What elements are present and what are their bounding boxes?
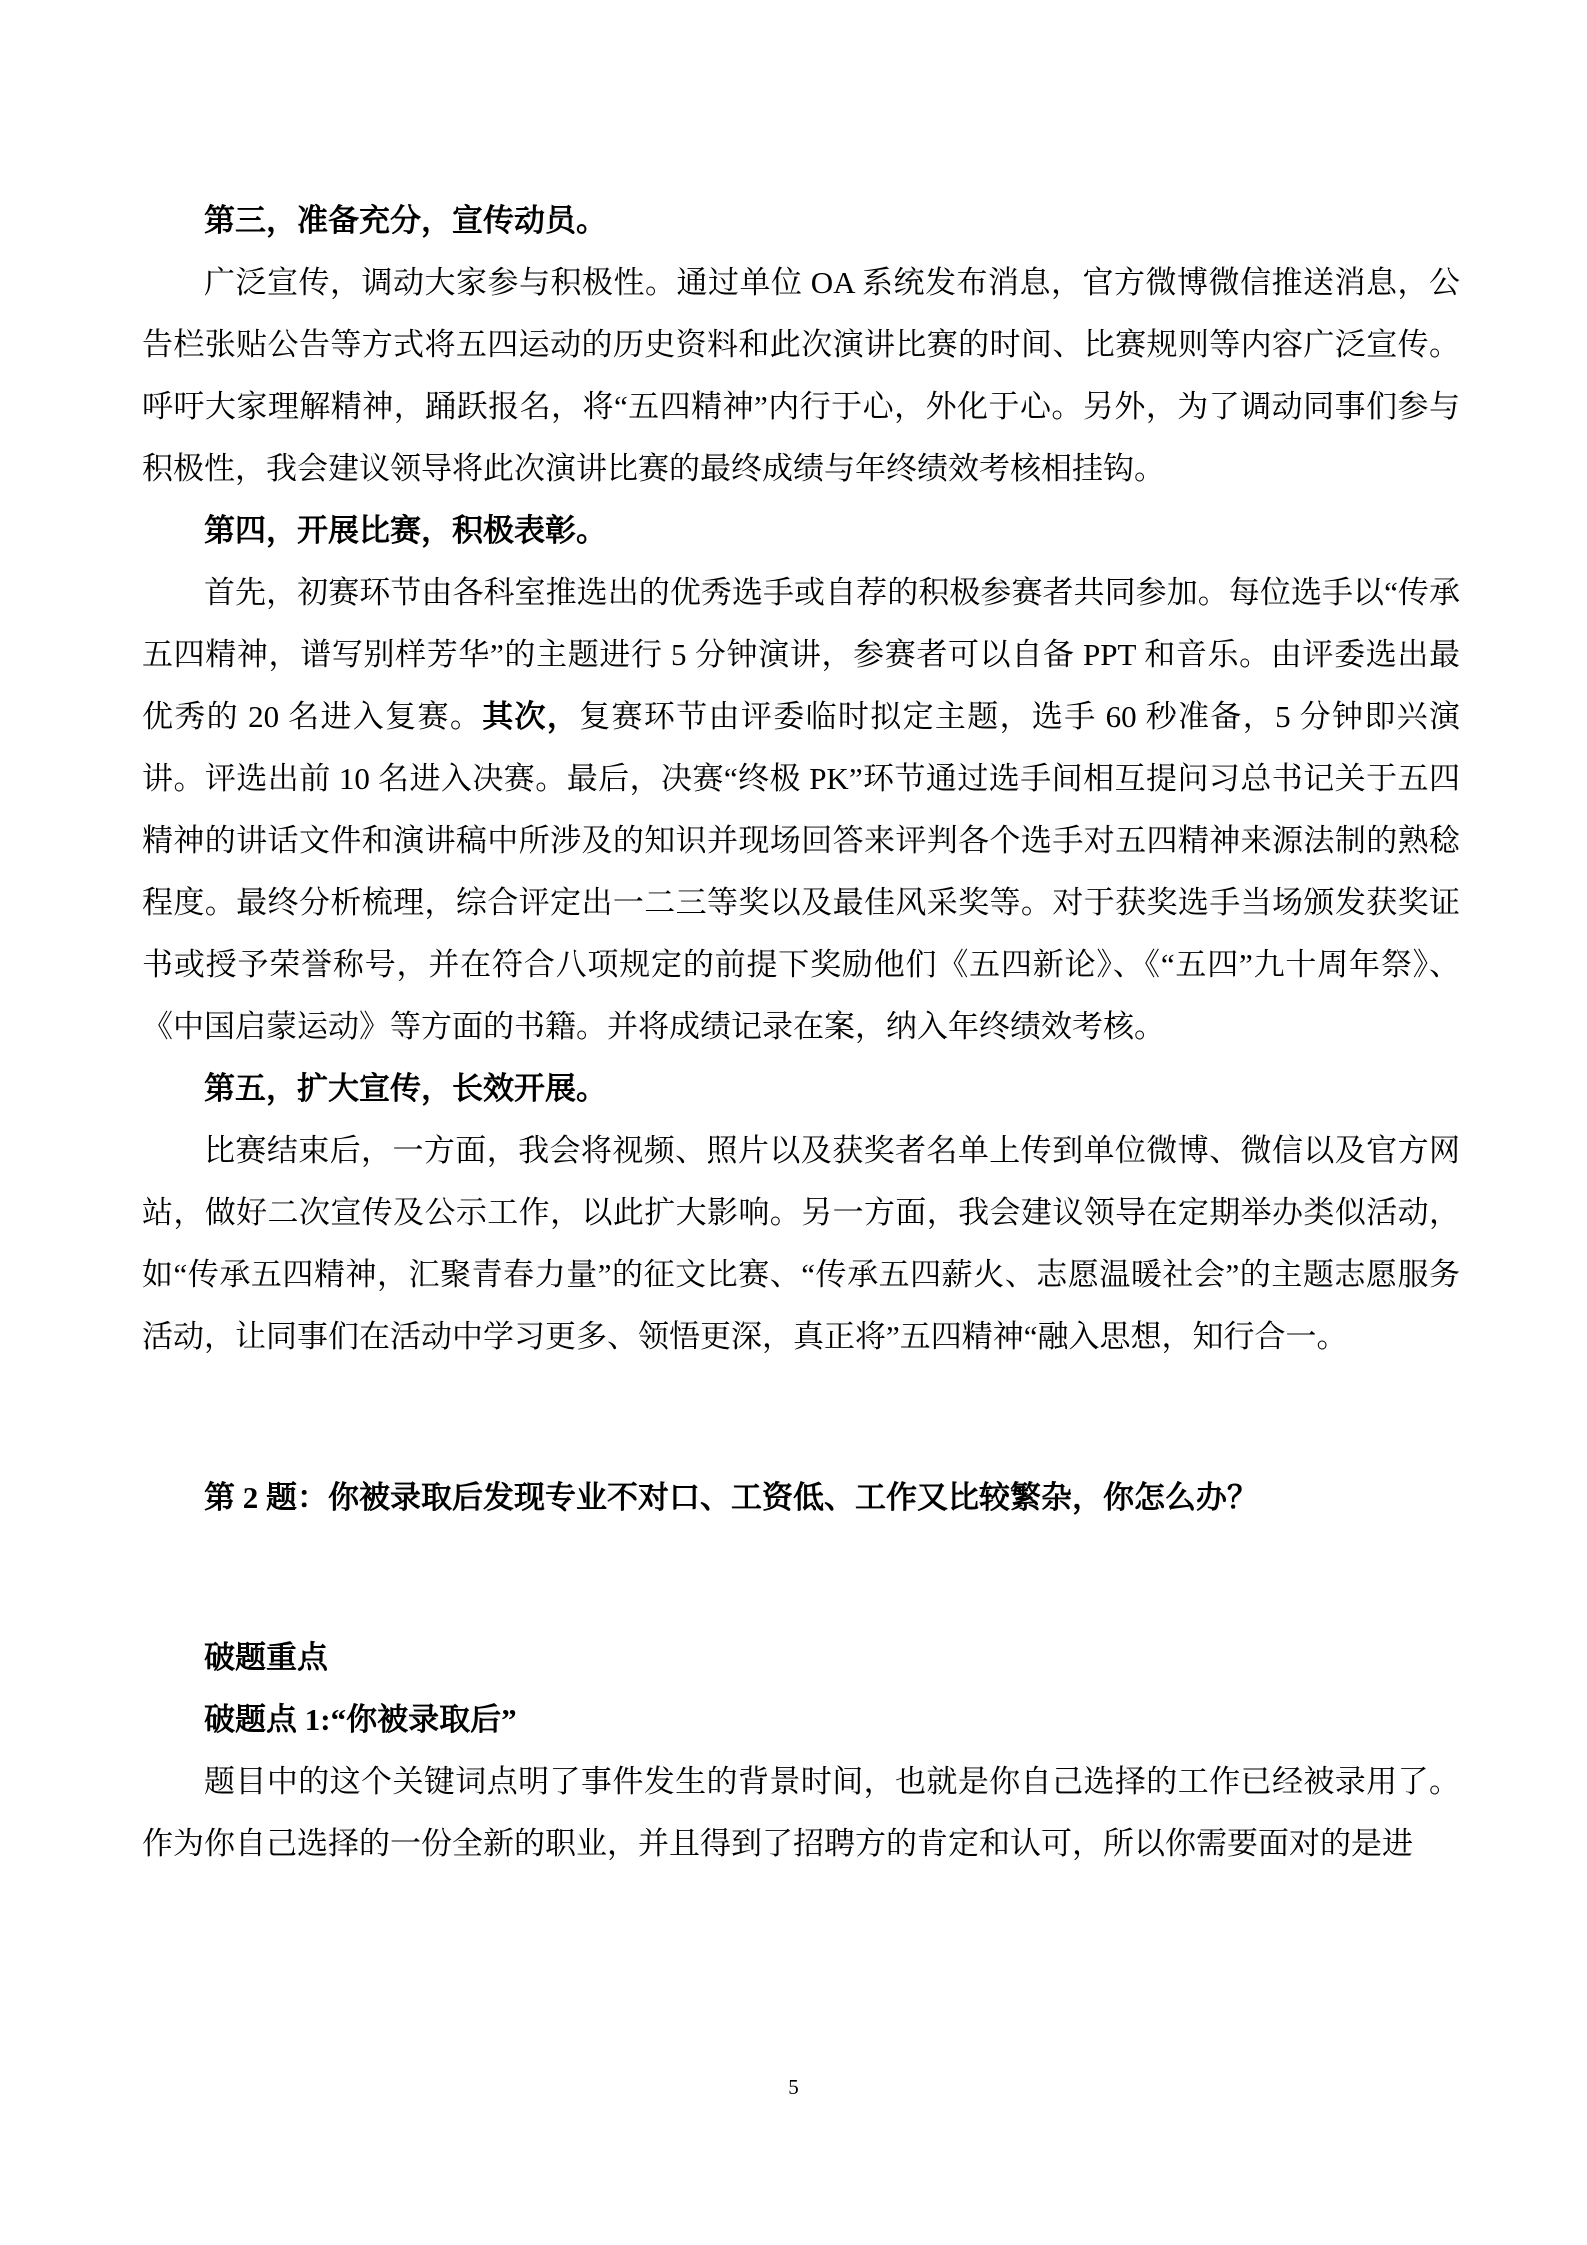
- page-number: 5: [788, 2075, 799, 2099]
- bold-text-run: 其次，: [482, 699, 579, 734]
- bold-text-run: 第四，开展比赛，积极表彰。: [204, 513, 607, 548]
- section-heading: 破题重点: [142, 1627, 1460, 1689]
- text-run: 复赛环节由评委临时拟定主题，选手 60 秒准备，5 分钟即兴演讲。评选出前 10…: [142, 699, 1460, 1044]
- section-heading: 第五，扩大宣传，长效开展。: [142, 1058, 1460, 1120]
- paragraph: 题目中的这个关键词点明了事件发生的背景时间，也就是你自己选择的工作已经被录用了。…: [142, 1751, 1460, 1875]
- document-page: 第三，准备充分，宣传动员。广泛宣传，调动大家参与积极性。通过单位 OA 系统发布…: [0, 0, 1587, 2245]
- paragraph: 首先，初赛环节由各科室推选出的优秀选手或自荐的积极参赛者共同参加。每位选手以“传…: [142, 562, 1460, 1058]
- text-run: 广泛宣传，调动大家参与积极性。通过单位 OA 系统发布消息，官方微博微信推送消息…: [142, 265, 1460, 486]
- bold-text-run: 第五，扩大宣传，长效开展。: [204, 1071, 607, 1106]
- paragraph: 比赛结束后，一方面，我会将视频、照片以及获奖者名单上传到单位微博、微信以及官方网…: [142, 1120, 1460, 1368]
- text-run: 比赛结束后，一方面，我会将视频、照片以及获奖者名单上传到单位微博、微信以及官方网…: [142, 1133, 1460, 1354]
- section-heading: 第四，开展比赛，积极表彰。: [142, 500, 1460, 562]
- bold-text-run: 破题重点: [204, 1640, 328, 1675]
- section-heading: 破题点 1:“你被录取后”: [142, 1689, 1460, 1751]
- document-body: 第三，准备充分，宣传动员。广泛宣传，调动大家参与积极性。通过单位 OA 系统发布…: [0, 0, 1587, 1875]
- bold-text-run: 第 2 题：你被录取后发现专业不对口、工资低、工作又比较繁杂，你怎么办？: [204, 1480, 1258, 1515]
- bold-text-run: 破题点 1:“你被录取后”: [204, 1702, 517, 1737]
- bold-text-run: 第三，准备充分，宣传动员。: [204, 203, 607, 238]
- text-run: 题目中的这个关键词点明了事件发生的背景时间，也就是你自己选择的工作已经被录用了。…: [142, 1764, 1460, 1861]
- page-footer: 5: [0, 2072, 1587, 2102]
- paragraph: 广泛宣传，调动大家参与积极性。通过单位 OA 系统发布消息，官方微博微信推送消息…: [142, 252, 1460, 500]
- section-heading: 第 2 题：你被录取后发现专业不对口、工资低、工作又比较繁杂，你怎么办？: [142, 1467, 1460, 1529]
- section-heading: 第三，准备充分，宣传动员。: [142, 190, 1460, 252]
